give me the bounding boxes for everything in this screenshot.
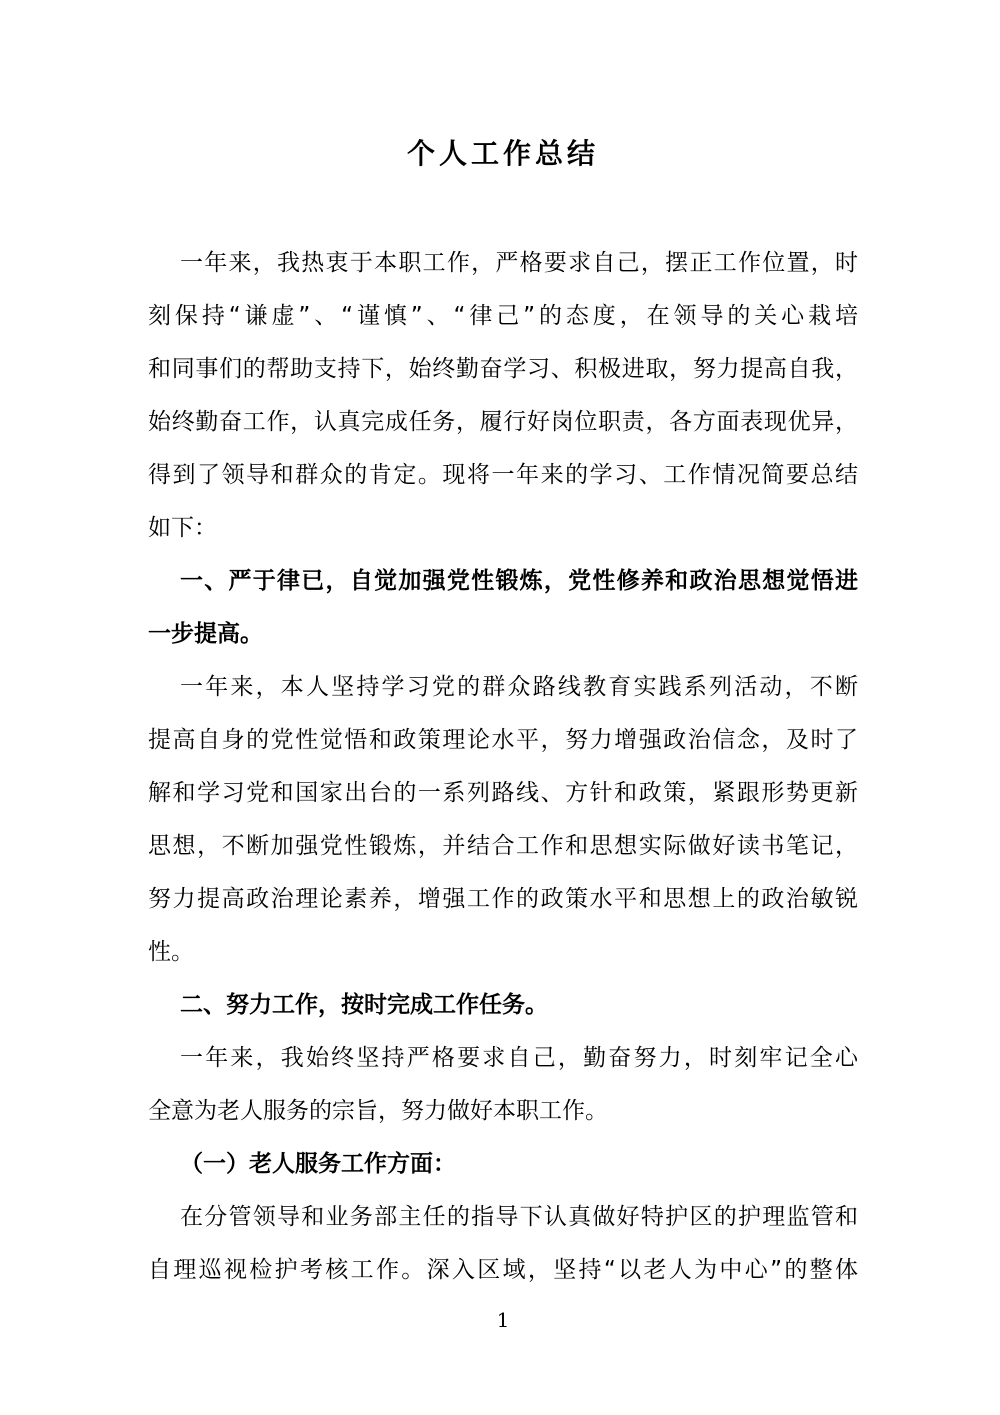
text-line: 二、努力工作，按时完成工作任务。 bbox=[148, 979, 858, 1032]
heading-section-2: 二、努力工作，按时完成工作任务。 bbox=[148, 979, 858, 1032]
text-line: 一、严于律已，自觉加强党性锻炼，党性修养和政治思想觉悟进 bbox=[148, 555, 858, 608]
heading-section-1: 一、严于律已，自觉加强党性锻炼，党性修养和政治思想觉悟进 一步提高。 bbox=[148, 555, 858, 661]
text-line: 始终勤奋工作，认真完成任务，履行好岗位职责，各方面表现优异， bbox=[148, 396, 858, 449]
text-line: 一年来，我始终坚持严格要求自己，勤奋努力，时刻牢记全心 bbox=[148, 1032, 858, 1085]
text-line: 自理巡视检护考核工作。深入区域，坚持“以老人为中心”的整体 bbox=[148, 1244, 858, 1297]
text-line: 一年来，我热衷于本职工作，严格要求自己，摆正工作位置，时 bbox=[148, 237, 858, 290]
document-title: 个人工作总结 bbox=[148, 134, 858, 174]
text-line: 全意为老人服务的宗旨，努力做好本职工作。 bbox=[148, 1085, 858, 1138]
text-line: 如下： bbox=[148, 502, 858, 555]
document-body: 个人工作总结 一年来，我热衷于本职工作，严格要求自己，摆正工作位置，时 刻保持“… bbox=[0, 0, 1000, 1297]
paragraph-intro: 一年来，我热衷于本职工作，严格要求自己，摆正工作位置，时 刻保持“谦虚”、“谨慎… bbox=[148, 237, 858, 555]
text-line: 提高自身的党性觉悟和政策理论水平，努力增强政治信念，及时了 bbox=[148, 714, 858, 767]
text-line: 性。 bbox=[148, 926, 858, 979]
text-line: 思想，不断加强党性锻炼，并结合工作和思想实际做好读书笔记， bbox=[148, 820, 858, 873]
text-line: 刻保持“谦虚”、“谨慎”、“律己”的态度，在领导的关心栽培 bbox=[148, 290, 858, 343]
paragraph-section-1: 一年来，本人坚持学习党的群众路线教育实践系列活动，不断 提高自身的党性觉悟和政策… bbox=[148, 661, 858, 979]
paragraph-section-2: 一年来，我始终坚持严格要求自己，勤奋努力，时刻牢记全心 全意为老人服务的宗旨，努… bbox=[148, 1032, 858, 1138]
text-line: 和同事们的帮助支持下，始终勤奋学习、积极进取，努力提高自我， bbox=[148, 343, 858, 396]
page-number: 1 bbox=[148, 1308, 858, 1332]
text-line: 一步提高。 bbox=[148, 608, 858, 661]
text-line: 解和学习党和国家出台的一系列路线、方针和政策，紧跟形势更新 bbox=[148, 767, 858, 820]
text-line: 在分管领导和业务部主任的指导下认真做好特护区的护理监管和 bbox=[148, 1191, 858, 1244]
document-page: 个人工作总结 一年来，我热衷于本职工作，严格要求自己，摆正工作位置，时 刻保持“… bbox=[0, 0, 1000, 1415]
text-line: 一年来，本人坚持学习党的群众路线教育实践系列活动，不断 bbox=[148, 661, 858, 714]
text-line: 努力提高政治理论素养，增强工作的政策水平和思想上的政治敏锐 bbox=[148, 873, 858, 926]
heading-subsection-1: （一）老人服务工作方面： bbox=[148, 1138, 858, 1191]
paragraph-subsection-1: 在分管领导和业务部主任的指导下认真做好特护区的护理监管和 自理巡视检护考核工作。… bbox=[148, 1191, 858, 1297]
text-line: 得到了领导和群众的肯定。现将一年来的学习、工作情况简要总结 bbox=[148, 449, 858, 502]
text-line: （一）老人服务工作方面： bbox=[148, 1138, 858, 1191]
